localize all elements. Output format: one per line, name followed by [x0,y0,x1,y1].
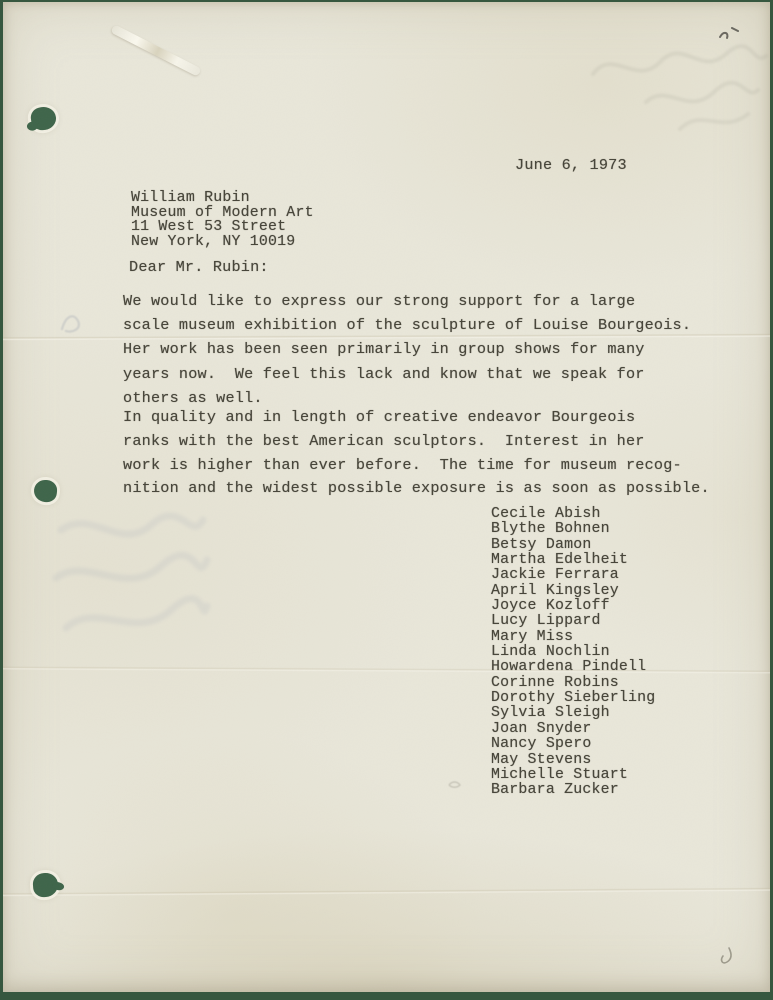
fold-crease-lower [3,887,770,896]
faint-pencil-margin-mark [58,307,84,337]
scan-background: June 6, 1973 William Rubin Museum of Mod… [0,0,773,1000]
pencil-mark-bottom-right [719,946,737,968]
salutation: Dear Mr. Rubin: [129,258,269,276]
body-paragraph-1: We would like to express our strong supp… [123,289,691,410]
letter-paper: June 6, 1973 William Rubin Museum of Mod… [3,2,770,992]
ghost-bleedthrough-handwriting [588,32,773,137]
ink-bleedthrough-left-margin [51,500,211,660]
punch-hole-top [30,105,58,131]
scratch-mark-top-left [110,24,201,77]
punch-hole-bottom [32,872,59,898]
body-paragraph-2: In quality and in length of creative end… [123,406,710,501]
punch-hole-middle [33,479,58,503]
ink-speck-top-right [717,24,743,44]
small-smudge-left-of-signatures [447,778,463,790]
letter-date: June 6, 1973 [515,156,627,174]
signatories-list: Cecile Abish Blythe Bohnen Betsy Damon M… [491,507,655,799]
recipient-address: William Rubin Museum of Modern Art 11 We… [131,191,314,250]
